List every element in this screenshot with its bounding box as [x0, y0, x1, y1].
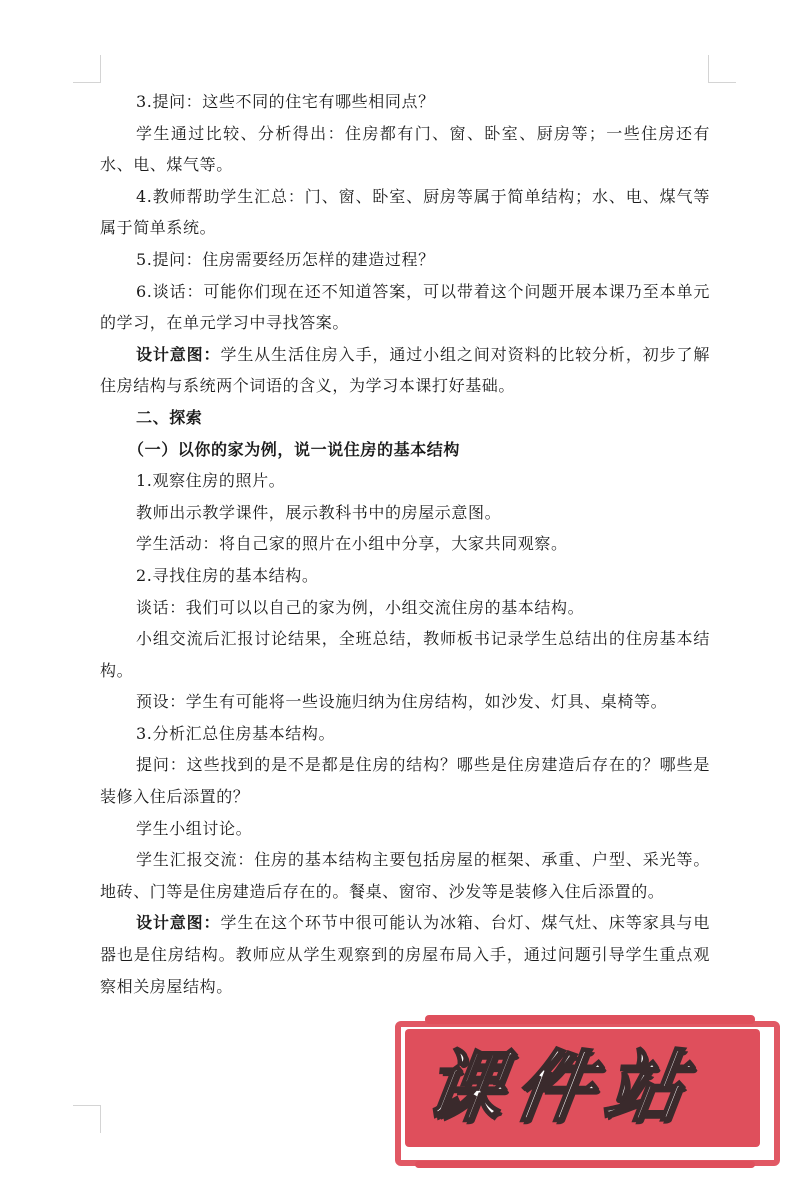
- section-heading-explore: 二、探索: [100, 402, 710, 434]
- paragraph-find-structure: 2.寻找住房的基本结构。: [100, 560, 710, 592]
- page-corner-mark-bottom-left: [73, 1105, 101, 1133]
- paragraph-teacher-shows: 教师出示教学课件，展示教科书中的房屋示意图。: [100, 497, 710, 529]
- page-corner-mark-top-left: [73, 55, 101, 83]
- paragraph-talk-6: 6.谈话：可能你们现在还不知道答案，可以带着这个问题开展本课乃至本单元的学习，在…: [100, 276, 710, 339]
- document-body: 3.提问：这些不同的住宅有哪些相同点？ 学生通过比较、分析得出：住房都有门、窗、…: [100, 86, 710, 1002]
- paragraph-analyze-summary: 3.分析汇总住房基本结构。: [100, 718, 710, 750]
- paragraph-talk-family: 谈话：我们可以以自己的家为例，小组交流住房的基本结构。: [100, 592, 710, 624]
- design-intent-label: 设计意图：: [136, 913, 220, 932]
- page-corner-mark-top-right: [708, 55, 736, 83]
- paragraph-preset: 预设：学生有可能将一些设施归纳为住房结构，如沙发、灯具、桌椅等。: [100, 686, 710, 718]
- paragraph-student-activity: 学生活动：将自己家的照片在小组中分享，大家共同观察。: [100, 528, 710, 560]
- paragraph-question-3: 3.提问：这些不同的住宅有哪些相同点？: [100, 86, 710, 118]
- paragraph-design-intent-1: 设计意图：学生从生活住房入手，通过小组之间对资料的比较分析，初步了解住房结构与系…: [100, 339, 710, 402]
- paragraph-student-report: 学生汇报交流：住房的基本结构主要包括房屋的框架、承重、户型、采光等。地砖、门等是…: [100, 844, 710, 907]
- paragraph-group-report: 小组交流后汇报讨论结果，全班总结，教师板书记录学生总结出的住房基本结构。: [100, 623, 710, 686]
- watermark-text: 课件站: [419, 1043, 762, 1133]
- paragraph-design-intent-2: 设计意图：学生在这个环节中很可能认为冰箱、台灯、煤气灶、床等家具与电器也是住房结…: [100, 907, 710, 1002]
- paragraph-answer-3: 学生通过比较、分析得出：住房都有门、窗、卧室、厨房等；一些住房还有水、电、煤气等…: [100, 118, 710, 181]
- watermark-stamp-edge: [415, 1161, 755, 1168]
- paragraph-step-4: 4.教师帮助学生汇总：门、窗、卧室、厨房等属于简单结构；水、电、煤气等属于简单系…: [100, 181, 710, 244]
- paragraph-observe-photos: 1.观察住房的照片。: [100, 465, 710, 497]
- subsection-heading-basic-structure: （一）以你的家为例，说一说住房的基本结构: [100, 434, 710, 466]
- paragraph-question-5: 5.提问：住房需要经历怎样的建造过程？: [100, 244, 710, 276]
- watermark-stamp: 课件站: [395, 1015, 790, 1175]
- paragraph-question-structures: 提问：这些找到的是不是都是住房的结构？哪些是住房建造后存在的？哪些是装修入住后添…: [100, 749, 710, 812]
- paragraph-group-discussion: 学生小组讨论。: [100, 813, 710, 845]
- design-intent-label: 设计意图：: [136, 345, 220, 364]
